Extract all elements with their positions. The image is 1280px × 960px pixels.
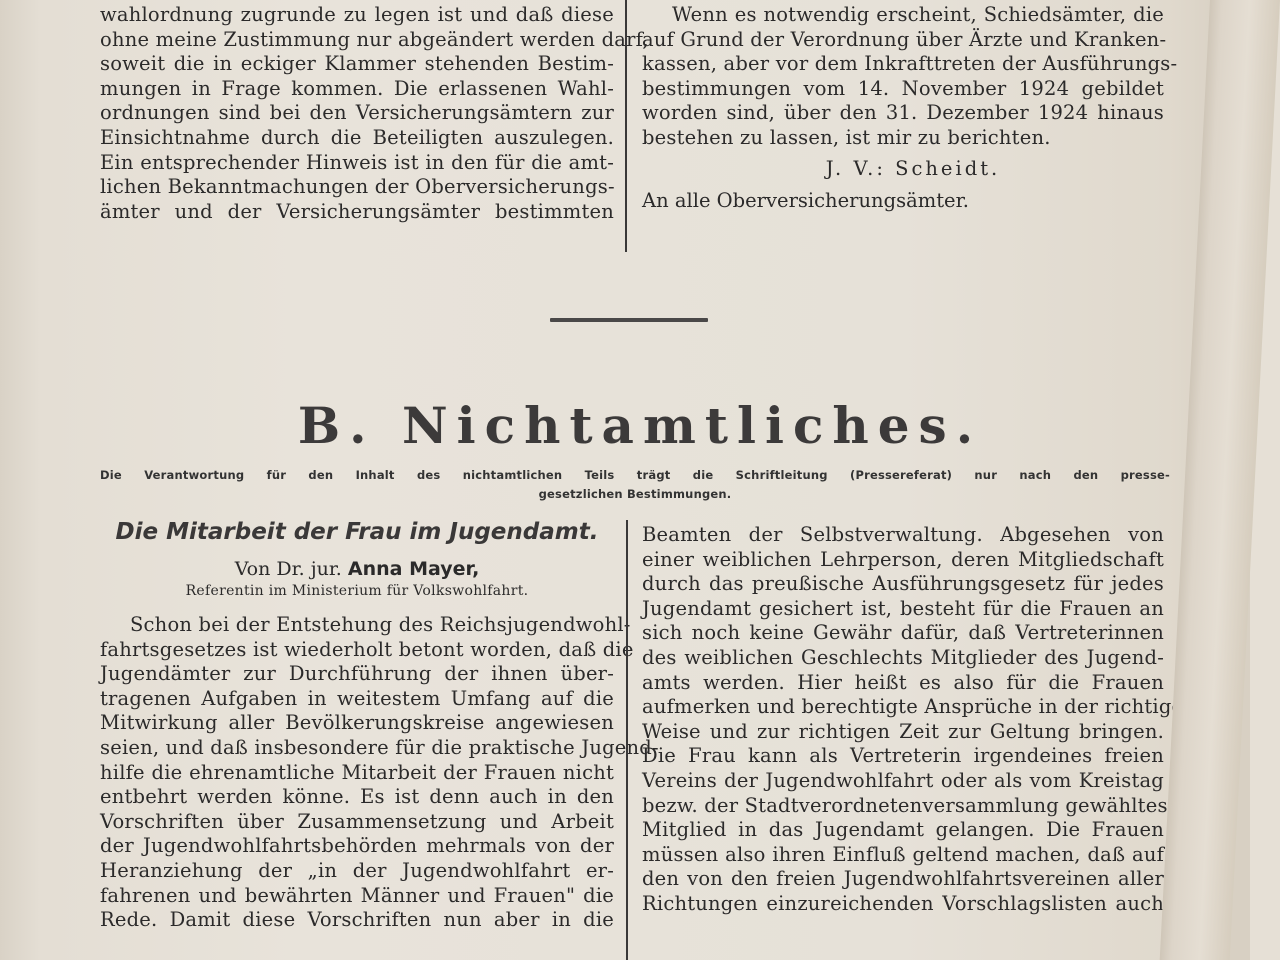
byline-prefix: Von Dr. jur. xyxy=(235,558,342,580)
text-line: Die Frau kann als Vertreterin irgendeine… xyxy=(642,744,1164,769)
article-byline: Von Dr. jur. Anna Mayer, xyxy=(100,558,614,580)
disclaimer-line: Die Verantwortung für den Inhalt des nic… xyxy=(100,466,1170,485)
text-line: soweit die in eckiger Klammer stehenden … xyxy=(100,52,614,77)
text-line: ämter und der Versicherungsämter bestimm… xyxy=(100,200,614,225)
text-line: Vereins der Jugendwohlfahrt oder als vom… xyxy=(642,769,1164,794)
text-line: bestimmungen vom 14. November 1924 gebil… xyxy=(642,77,1164,102)
text-line: der Jugendwohlfahrtsbehörden mehrmals vo… xyxy=(100,834,614,859)
text-line: Jugendamt gesichert ist, besteht für die… xyxy=(642,597,1164,622)
article-right-column: Beamten der Selbstverwaltung. Abgesehen … xyxy=(642,523,1164,917)
author-affiliation: Referentin im Ministerium für Volkswohlf… xyxy=(100,583,614,599)
upper-left-column: wahlordnung zugrunde zu legen ist und da… xyxy=(100,3,614,224)
text-line: bezw. der Stadtverordnetenversammlung ge… xyxy=(642,794,1164,819)
text-line: worden sind, über den 31. Dezember 1924 … xyxy=(642,101,1164,126)
text-line: Beamten der Selbstverwaltung. Abgesehen … xyxy=(642,523,1164,548)
text-line: Weise und zur richtigen Zeit zur Geltung… xyxy=(642,720,1164,745)
signature: J. V.: Scheidt. xyxy=(642,157,1164,182)
text-line: Einsichtnahme durch die Beteiligten ausz… xyxy=(100,126,614,151)
text-line: einer weiblichen Lehrperson, deren Mitgl… xyxy=(642,548,1164,573)
text-line: müssen also ihren Einfluß geltend machen… xyxy=(642,843,1164,868)
text-line: entbehrt werden könne. Es ist denn auch … xyxy=(100,785,614,810)
column-divider-top xyxy=(625,0,627,252)
text-line: auf Grund der Verordnung über Ärzte und … xyxy=(642,28,1164,53)
text-line: Ein entsprechender Hinweis ist in den fü… xyxy=(100,151,614,176)
text-line: Schon bei der Entstehung des Reichsjugen… xyxy=(100,613,614,638)
text-line: aufmerken und berechtigte Ansprüche in d… xyxy=(642,695,1164,720)
text-line: mungen in Frage kommen. Die erlassenen W… xyxy=(100,77,614,102)
text-line: tragenen Aufgaben in weitestem Umfang au… xyxy=(100,687,614,712)
text-line: Mitglied in das Jugendamt gelangen. Die … xyxy=(642,818,1164,843)
newspaper-page: wahlordnung zugrunde zu legen ist und da… xyxy=(0,0,1250,960)
disclaimer-line: gesetzlichen Bestimmungen. xyxy=(100,485,1170,504)
text-line: kassen, aber vor dem Inkrafttreten der A… xyxy=(642,52,1164,77)
address-line: An alle Oberversicherungsämter. xyxy=(642,189,1164,214)
article-left-column: Schon bei der Entstehung des Reichsjugen… xyxy=(100,613,614,933)
text-line: amts werden. Hier heißt es also für die … xyxy=(642,671,1164,696)
text-line: fahrtsgesetzes ist wiederholt betont wor… xyxy=(100,638,614,663)
text-line: des weiblichen Geschlechts Mitglieder de… xyxy=(642,646,1164,671)
text-line: hilfe die ehrenamtliche Mitarbeit der Fr… xyxy=(100,761,614,786)
text-line: Heranziehung der „in der Jugendwohlfahrt… xyxy=(100,859,614,884)
text-line: Rede. Damit diese Vorschriften nun aber … xyxy=(100,908,614,933)
text-line: Jugendämter zur Durchführung der ihnen ü… xyxy=(100,662,614,687)
section-title: B. Nichtamtliches. xyxy=(100,396,1180,455)
text-line: seien, und daß insbesondere für die prak… xyxy=(100,736,614,761)
upper-right-column: Wenn es notwendig erscheint, Schiedsämte… xyxy=(642,3,1164,214)
text-line: durch das preußische Ausführungsgesetz f… xyxy=(642,572,1164,597)
text-line: bestehen zu lassen, ist mir zu berichten… xyxy=(642,126,1164,151)
text-line: Vorschriften über Zusammensetzung und Ar… xyxy=(100,810,614,835)
text-line: fahrenen und bewährten Männer und Frauen… xyxy=(100,884,614,909)
author-name: Anna Mayer, xyxy=(348,558,479,580)
section-disclaimer: Die Verantwortung für den Inhalt des nic… xyxy=(100,466,1170,504)
article-title: Die Mitarbeit der Frau im Jugendamt. xyxy=(100,519,614,545)
text-line: wahlordnung zugrunde zu legen ist und da… xyxy=(100,3,614,28)
text-line: lichen Bekanntmachungen der Oberversiche… xyxy=(100,175,614,200)
text-line: Mitwirkung aller Bevölkerungskreise ange… xyxy=(100,711,614,736)
text-line: sich noch keine Gewähr dafür, daß Vertre… xyxy=(642,621,1164,646)
text-line: ordnungen sind bei den Versicherungsämte… xyxy=(100,101,614,126)
text-line: ohne meine Zustimmung nur abgeändert wer… xyxy=(100,28,614,53)
section-separator-rule xyxy=(550,318,708,322)
column-divider-bottom xyxy=(626,520,628,960)
text-line: den von den freien Jugendwohlfahrtsverei… xyxy=(642,867,1164,892)
text-line: Wenn es notwendig erscheint, Schiedsämte… xyxy=(642,3,1164,28)
text-line: Richtungen einzureichenden Vorschlagslis… xyxy=(642,892,1164,917)
